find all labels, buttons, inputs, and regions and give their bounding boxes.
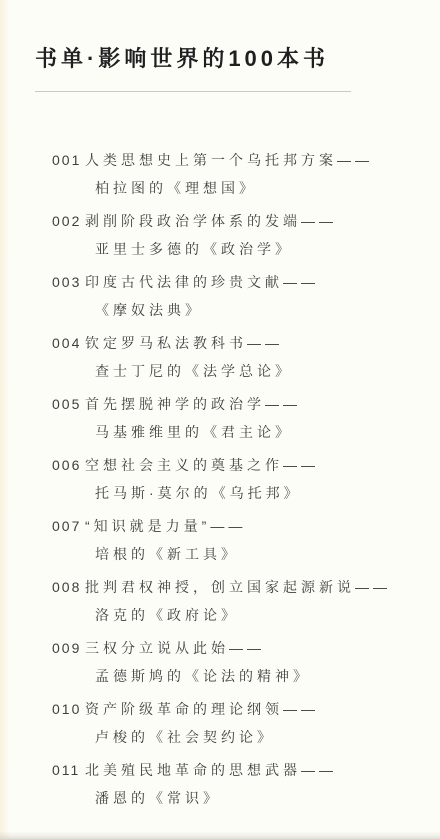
book-list: 001 人类思想史上第一个乌托邦方案—— 柏拉图的《理想国》 002 剥削阶段政… [52, 146, 420, 812]
book-list-item: 006 空想社会主义的奠基之作—— 托马斯·莫尔的《乌托邦》 [52, 451, 420, 507]
book-title: 卢梭的《社会契约论》 [85, 723, 420, 751]
book-number: 006 [52, 451, 85, 479]
book-title: 查士丁尼的《法学总论》 [85, 357, 420, 385]
book-number: 011 [52, 756, 85, 784]
book-title: 托马斯·莫尔的《乌托邦》 [85, 479, 420, 507]
book-headline: 印度古代法律的珍贵文献—— [85, 268, 420, 296]
book-number: 004 [52, 329, 85, 357]
book-lines: 批判君权神授，创立国家起源新说—— 洛克的《政府论》 [85, 573, 420, 629]
book-list-item: 009 三权分立说从此始—— 孟德斯鸠的《论法的精神》 [52, 634, 420, 690]
page-bottom-shadow [0, 831, 440, 839]
book-title: 柏拉图的《理想国》 [85, 174, 420, 202]
book-page: 书单·影响世界的100本书 001 人类思想史上第一个乌托邦方案—— 柏拉图的《… [0, 0, 440, 839]
book-list-item: 004 钦定罗马私法教科书—— 查士丁尼的《法学总论》 [52, 329, 420, 385]
book-list-item: 002 剥削阶段政治学体系的发端—— 亚里士多德的《政治学》 [52, 207, 420, 263]
book-title: 潘恩的《常识》 [85, 784, 420, 812]
book-number: 008 [52, 573, 85, 601]
book-title: 《摩奴法典》 [85, 296, 420, 324]
book-list-item: 007 “知识就是力量”—— 培根的《新工具》 [52, 512, 420, 568]
book-headline: 批判君权神授，创立国家起源新说—— [85, 573, 420, 601]
book-title: 马基雅维里的《君主论》 [85, 418, 420, 446]
book-list-item: 005 首先摆脱神学的政治学—— 马基雅维里的《君主论》 [52, 390, 420, 446]
book-lines: 人类思想史上第一个乌托邦方案—— 柏拉图的《理想国》 [85, 146, 420, 202]
book-title: 亚里士多德的《政治学》 [85, 235, 420, 263]
book-headline: 三权分立说从此始—— [85, 634, 420, 662]
book-headline: 空想社会主义的奠基之作—— [85, 451, 420, 479]
book-lines: 钦定罗马私法教科书—— 查士丁尼的《法学总论》 [85, 329, 420, 385]
book-list-item: 008 批判君权神授，创立国家起源新说—— 洛克的《政府论》 [52, 573, 420, 629]
book-list-item: 003 印度古代法律的珍贵文献—— 《摩奴法典》 [52, 268, 420, 324]
page-content: 书单·影响世界的100本书 001 人类思想史上第一个乌托邦方案—— 柏拉图的《… [0, 0, 440, 812]
book-lines: 空想社会主义的奠基之作—— 托马斯·莫尔的《乌托邦》 [85, 451, 420, 507]
book-number: 007 [52, 512, 85, 540]
book-lines: 三权分立说从此始—— 孟德斯鸠的《论法的精神》 [85, 634, 420, 690]
title-divider [35, 91, 351, 92]
book-lines: “知识就是力量”—— 培根的《新工具》 [85, 512, 420, 568]
book-number: 009 [52, 634, 85, 662]
book-lines: 首先摆脱神学的政治学—— 马基雅维里的《君主论》 [85, 390, 420, 446]
book-lines: 北美殖民地革命的思想武器—— 潘恩的《常识》 [85, 756, 420, 812]
book-list-item: 001 人类思想史上第一个乌托邦方案—— 柏拉图的《理想国》 [52, 146, 420, 202]
book-lines: 剥削阶段政治学体系的发端—— 亚里士多德的《政治学》 [85, 207, 420, 263]
book-list-item: 011 北美殖民地革命的思想武器—— 潘恩的《常识》 [52, 756, 420, 812]
book-headline: 人类思想史上第一个乌托邦方案—— [85, 146, 420, 174]
book-lines: 印度古代法律的珍贵文献—— 《摩奴法典》 [85, 268, 420, 324]
book-title: 洛克的《政府论》 [85, 601, 420, 629]
book-headline: 资产阶级革命的理论纲领—— [85, 695, 420, 723]
book-headline: “知识就是力量”—— [85, 512, 420, 540]
book-lines: 资产阶级革命的理论纲领—— 卢梭的《社会契约论》 [85, 695, 420, 751]
book-headline: 首先摆脱神学的政治学—— [85, 390, 420, 418]
book-number: 002 [52, 207, 85, 235]
page-title: 书单·影响世界的100本书 [35, 44, 420, 74]
book-headline: 剥削阶段政治学体系的发端—— [85, 207, 420, 235]
book-headline: 北美殖民地革命的思想武器—— [85, 756, 420, 784]
book-list-item: 010 资产阶级革命的理论纲领—— 卢梭的《社会契约论》 [52, 695, 420, 751]
book-number: 001 [52, 146, 85, 174]
book-number: 003 [52, 268, 85, 296]
book-number: 010 [52, 695, 85, 723]
book-headline: 钦定罗马私法教科书—— [85, 329, 420, 357]
book-title: 培根的《新工具》 [85, 540, 420, 568]
book-title: 孟德斯鸠的《论法的精神》 [85, 662, 420, 690]
book-number: 005 [52, 390, 85, 418]
